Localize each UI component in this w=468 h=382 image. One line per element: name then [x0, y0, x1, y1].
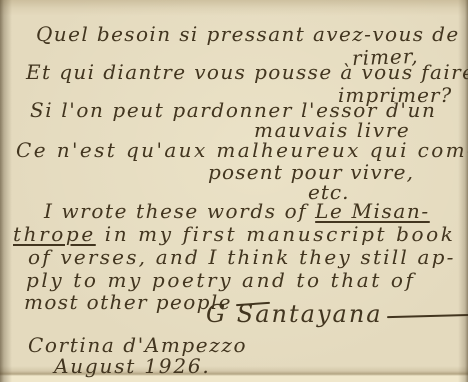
- underlined-title-part-2: thrope: [13, 222, 96, 246]
- body-line-2-text: in my first manuscript book: [96, 222, 456, 246]
- underlined-title-part-1: Le Misan-: [315, 199, 430, 223]
- quote-line-2: Et qui diantre vous pousse à vous faire: [26, 62, 468, 82]
- signature-text: G Santayana: [206, 300, 383, 328]
- body-line-1: I wrote these words of Le Misan-: [44, 201, 430, 221]
- body-line-5-text: most other people: [24, 290, 232, 314]
- date-line: August 1926.: [54, 356, 211, 376]
- signature: G Santayana: [206, 302, 468, 326]
- quote-line-3: Si l'on peut pardonner l'essor d'un: [30, 100, 436, 120]
- quote-line-1: Quel besoin si pressant avez-vous de: [36, 24, 460, 44]
- body-line-1-text: I wrote these words of: [44, 199, 315, 223]
- quote-line-3-runover: mauvais livre: [254, 120, 410, 140]
- handwritten-note-card: Quel besoin si pressant avez-vous de rim…: [0, 0, 468, 382]
- body-line-2: thrope in my first manuscript book: [13, 224, 455, 244]
- body-line-4: ply to my poetry and to that of: [26, 270, 416, 290]
- place-line: Cortina d'Ampezzo: [28, 335, 247, 355]
- signature-flourish: [387, 313, 468, 317]
- body-line-3: of verses, and I think they still ap-: [28, 247, 456, 267]
- quote-line-4-runover: posent pour vivre,: [208, 162, 414, 182]
- quote-line-4: Ce n'est qu'aux malheureux qui com-: [16, 140, 468, 160]
